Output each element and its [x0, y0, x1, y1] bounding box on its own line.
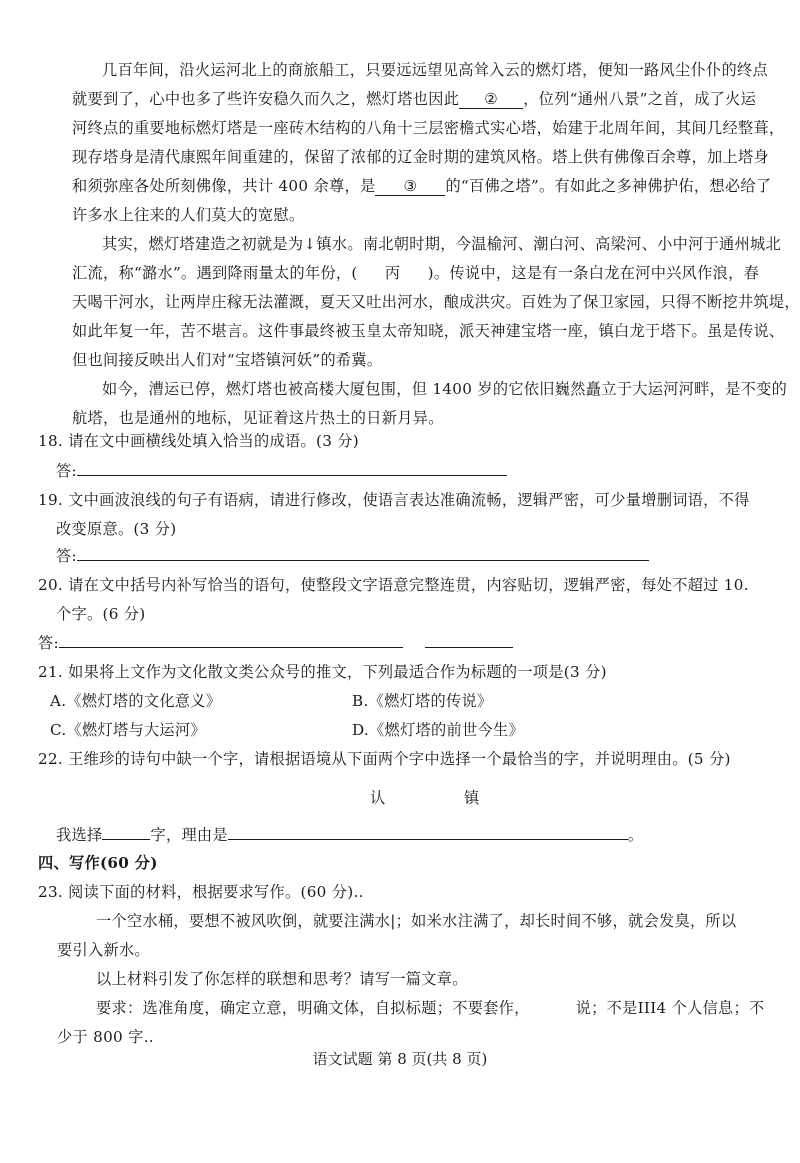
passage-text: 现存塔身是清代康熙年间重建的，保留了浓郁的辽金时期的建筑风格。塔上供有佛像百余尊…	[72, 148, 769, 166]
passage-text: 就要到了，心中也多了些许安稳久而久之，燃灯塔也因此	[72, 90, 459, 108]
passage-text: 汇流，称“潞水”。遇到降雨量太的年份，(	[72, 264, 358, 282]
passage-text: 其实，燃灯塔建造之初就是为↓镇水。南北朝时期，今温榆河、潮白河、高梁河、小中河于…	[72, 235, 781, 253]
passage-text: 天喝干河水，让两岸庄稼无法灌溉，夏天又吐出河水，酿成洪灾。百姓为了保卫家园，只得…	[72, 293, 800, 311]
answer-label: 答:	[56, 547, 77, 565]
prompt-line: 以上材料引发了你怎样的联想和思考？请写一篇文章。	[96, 969, 468, 989]
passage-text: 和须弥座各处所刻佛像，共计 400 余尊，是	[72, 177, 375, 195]
answer-line-18[interactable]	[77, 461, 507, 476]
option-label: B.《燃灯塔的传说》	[352, 692, 493, 710]
passage-text: ，位列“通州八景”之首，成了火运	[523, 90, 756, 108]
bracket-blank-bing: 丙	[358, 263, 428, 283]
option-d[interactable]: D.《燃灯塔的前世今生》	[352, 720, 524, 740]
requirements-text: 少于 800 字..	[57, 1028, 154, 1046]
passage-text: 如今，漕运已停，燃灯塔也被高楼大厦包围，但 1400 岁的它依旧巍然矗立于大运河…	[72, 380, 787, 398]
option-label: D.《燃灯塔的前世今生》	[352, 721, 524, 739]
passage-para2-line1: 其实，燃灯塔建造之初就是为↓镇水。南北朝时期，今温榆河、潮白河、高梁河、小中河于…	[72, 234, 781, 254]
question-text: 20. 请在文中括号内补写恰当的语句，使整段文字语意完整连贯，内容贴切，逻辑严密…	[38, 576, 749, 594]
passage-text: 如此年复一年，苦不堪言。这件事最终被玉皇太帝知晓，派天神建宝塔一座，镇白龙于塔下…	[72, 322, 784, 340]
option-b[interactable]: B.《燃灯塔的传说》	[352, 691, 493, 711]
answer-line-22-reason[interactable]	[228, 825, 628, 840]
question-20-answer: 答:	[38, 633, 513, 653]
passage-para2-line4: 如此年复一年，苦不堪言。这件事最终被玉皇太帝知晓，派天神建宝塔一座，镇白龙于塔下…	[72, 321, 784, 341]
exam-page: 几百年间，沿火运河北上的商旅船工，只要远远望见高耸入云的燃灯塔，便知一路风尘仆仆…	[0, 0, 800, 1163]
question-19-answer: 答:	[56, 546, 649, 566]
passage-text: 河终点的重要地标燃灯塔是一座砖木结构的八角十三层密檐式实心塔，始建于北周年间，其…	[72, 119, 784, 137]
option-label: A.《燃灯塔的文化意义》	[50, 692, 221, 710]
fill-blank-2: ②	[459, 91, 523, 109]
question-text: 19. 文中画波浪线的句子有语病，请进行修改，使语言表达准确流畅，逻辑严密，可少…	[38, 491, 750, 509]
material-line1: 一个空水桶，要想不被风吹倒，就要注满水|；如米水注满了，却长时间不够，就会发臭，…	[96, 911, 736, 931]
choice-char: 认	[370, 789, 386, 807]
passage-para3-line1: 如今，漕运已停，燃灯塔也被高楼大厦包围，但 1400 岁的它依旧巍然矗立于大运河…	[72, 379, 787, 399]
question-text: 22. 王维珍的诗句中缺一个字，请根据语境从下面两个字中选择一个最恰当的字，并说…	[38, 750, 731, 768]
question-20-line2: 个字。(6 分)	[56, 604, 146, 624]
option-c[interactable]: C.《燃灯塔与大运河》	[50, 720, 206, 740]
passage-para1-line1: 几百年间，沿火运河北上的商旅船工，只要远远望见高耸入云的燃灯塔，便知一路风尘仆仆…	[72, 60, 768, 80]
passage-text: 许多水上往来的人们莫大的宽慰。	[72, 206, 304, 224]
question-22: 22. 王维珍的诗句中缺一个字，请根据语境从下面两个字中选择一个最恰当的字，并说…	[38, 749, 731, 769]
material-line2: 要引入新水。	[57, 940, 150, 960]
question-text: 21. 如果将上文作为文化散文类公众号的推文，下列最适合作为标题的一项是(3 分…	[38, 663, 607, 681]
requirements-text: 要求：选准角度，确定立意，明确文体，自拟标题；不要套作，	[96, 999, 530, 1017]
passage-para2-line2: 汇流，称“潞水”。遇到降雨量太的年份，(丙)。传说中，这是有一条白龙在河中兴风作…	[72, 263, 759, 283]
passage-text: 的“百佛之塔”。有如此之多神佛护佑，想必给了	[445, 177, 771, 195]
choice-ren: 认	[370, 788, 386, 808]
answer-label: 字，理由是	[150, 826, 227, 844]
passage-text: 但也间接反映出人们对“宝塔镇河妖”的希冀。	[72, 351, 382, 369]
option-a[interactable]: A.《燃灯塔的文化意义》	[50, 691, 221, 711]
material-text: 一个空水桶，要想不被风吹倒，就要注满水|；如米水注满了，却长时间不够，就会发臭，…	[96, 912, 736, 930]
option-label: C.《燃灯塔与大运河》	[50, 721, 206, 739]
passage-para3-line2: 航塔，也是通州的地标，见证着这片热土的日新月异。	[72, 408, 444, 428]
question-19-line2: 改变原意。(3 分)	[56, 519, 176, 539]
passage-text: 航塔，也是通州的地标，见证着这片热土的日新月异。	[72, 409, 444, 427]
question-18-answer: 答:	[56, 461, 507, 481]
passage-para1-line2: 就要到了，心中也多了些许安稳久而久之，燃灯塔也因此②，位列“通州八景”之首，成了…	[72, 89, 756, 109]
passage-para1-line4: 现存塔身是清代康熙年间重建的，保留了浓郁的辽金时期的建筑风格。塔上供有佛像百余尊…	[72, 147, 769, 167]
section-heading: 四、写作(60 分)	[38, 854, 158, 872]
answer-line-20a[interactable]	[59, 633, 403, 648]
passage-text: 几百年间，沿火运河北上的商旅船工，只要远远望见高耸入云的燃灯塔，便知一路风尘仆仆…	[72, 61, 768, 79]
question-21: 21. 如果将上文作为文化散文类公众号的推文，下列最适合作为标题的一项是(3 分…	[38, 662, 607, 682]
question-text: 23. 阅读下面的材料，根据要求写作。(60 分)..	[38, 883, 364, 901]
answer-line-20b[interactable]	[425, 633, 513, 648]
passage-para1-line6: 许多水上往来的人们莫大的宽慰。	[72, 205, 304, 225]
question-23: 23. 阅读下面的材料，根据要求写作。(60 分)..	[38, 882, 364, 902]
choice-zhen: 镇	[464, 788, 480, 808]
page-number: 语文试题 第 8 页(共 8 页)	[313, 1050, 488, 1068]
answer-line-22-char[interactable]	[102, 825, 150, 840]
passage-text: )。传说中，这是有一条白龙在河中兴风作浪，春	[428, 264, 759, 282]
passage-para2-line3: 天喝干河水，让两岸庄稼无法灌溉，夏天又吐出河水，酿成洪灾。百姓为了保卫家园，只得…	[72, 292, 800, 312]
fill-blank-3: ③	[375, 178, 445, 196]
answer-line-19[interactable]	[77, 546, 649, 561]
question-19: 19. 文中画波浪线的句子有语病，请进行修改，使语言表达准确流畅，逻辑严密，可少…	[38, 490, 750, 510]
requirements-line2: 少于 800 字..	[57, 1027, 154, 1047]
material-text: 要引入新水。	[57, 941, 150, 959]
answer-label: 答:	[56, 462, 77, 480]
question-text: 18. 请在文中画横线处填入恰当的成语。(3 分)	[38, 432, 359, 450]
page-footer: 语文试题 第 8 页(共 8 页)	[0, 1049, 800, 1069]
requirements-line1: 要求：选准角度，确定立意，明确文体，自拟标题；不要套作，说；不是III4 个人信…	[96, 998, 765, 1018]
answer-label: 答:	[38, 634, 59, 652]
passage-para1-line5: 和须弥座各处所刻佛像，共计 400 余尊，是③的“百佛之塔”。有如此之多神佛护佑…	[72, 176, 771, 196]
answer-label: 我选择	[56, 826, 102, 844]
answer-end: 。	[628, 826, 644, 844]
passage-para2-line5: 但也间接反映出人们对“宝塔镇河妖”的希冀。	[72, 350, 382, 370]
question-text: 改变原意。(3 分)	[56, 520, 176, 538]
requirements-text: 说；不是III4 个人信息；不	[576, 999, 765, 1017]
prompt-text: 以上材料引发了你怎样的联想和思考？请写一篇文章。	[96, 970, 468, 988]
passage-para1-line3: 河终点的重要地标燃灯塔是一座砖木结构的八角十三层密檐式实心塔，始建于北周年间，其…	[72, 118, 784, 138]
question-18: 18. 请在文中画横线处填入恰当的成语。(3 分)	[38, 431, 359, 451]
choice-char: 镇	[464, 789, 480, 807]
question-20: 20. 请在文中括号内补写恰当的语句，使整段文字语意完整连贯，内容贴切，逻辑严密…	[38, 575, 749, 595]
section-heading-writing: 四、写作(60 分)	[38, 853, 158, 873]
question-text: 个字。(6 分)	[56, 605, 146, 623]
question-22-answer: 我选择字，理由是。	[56, 825, 643, 845]
